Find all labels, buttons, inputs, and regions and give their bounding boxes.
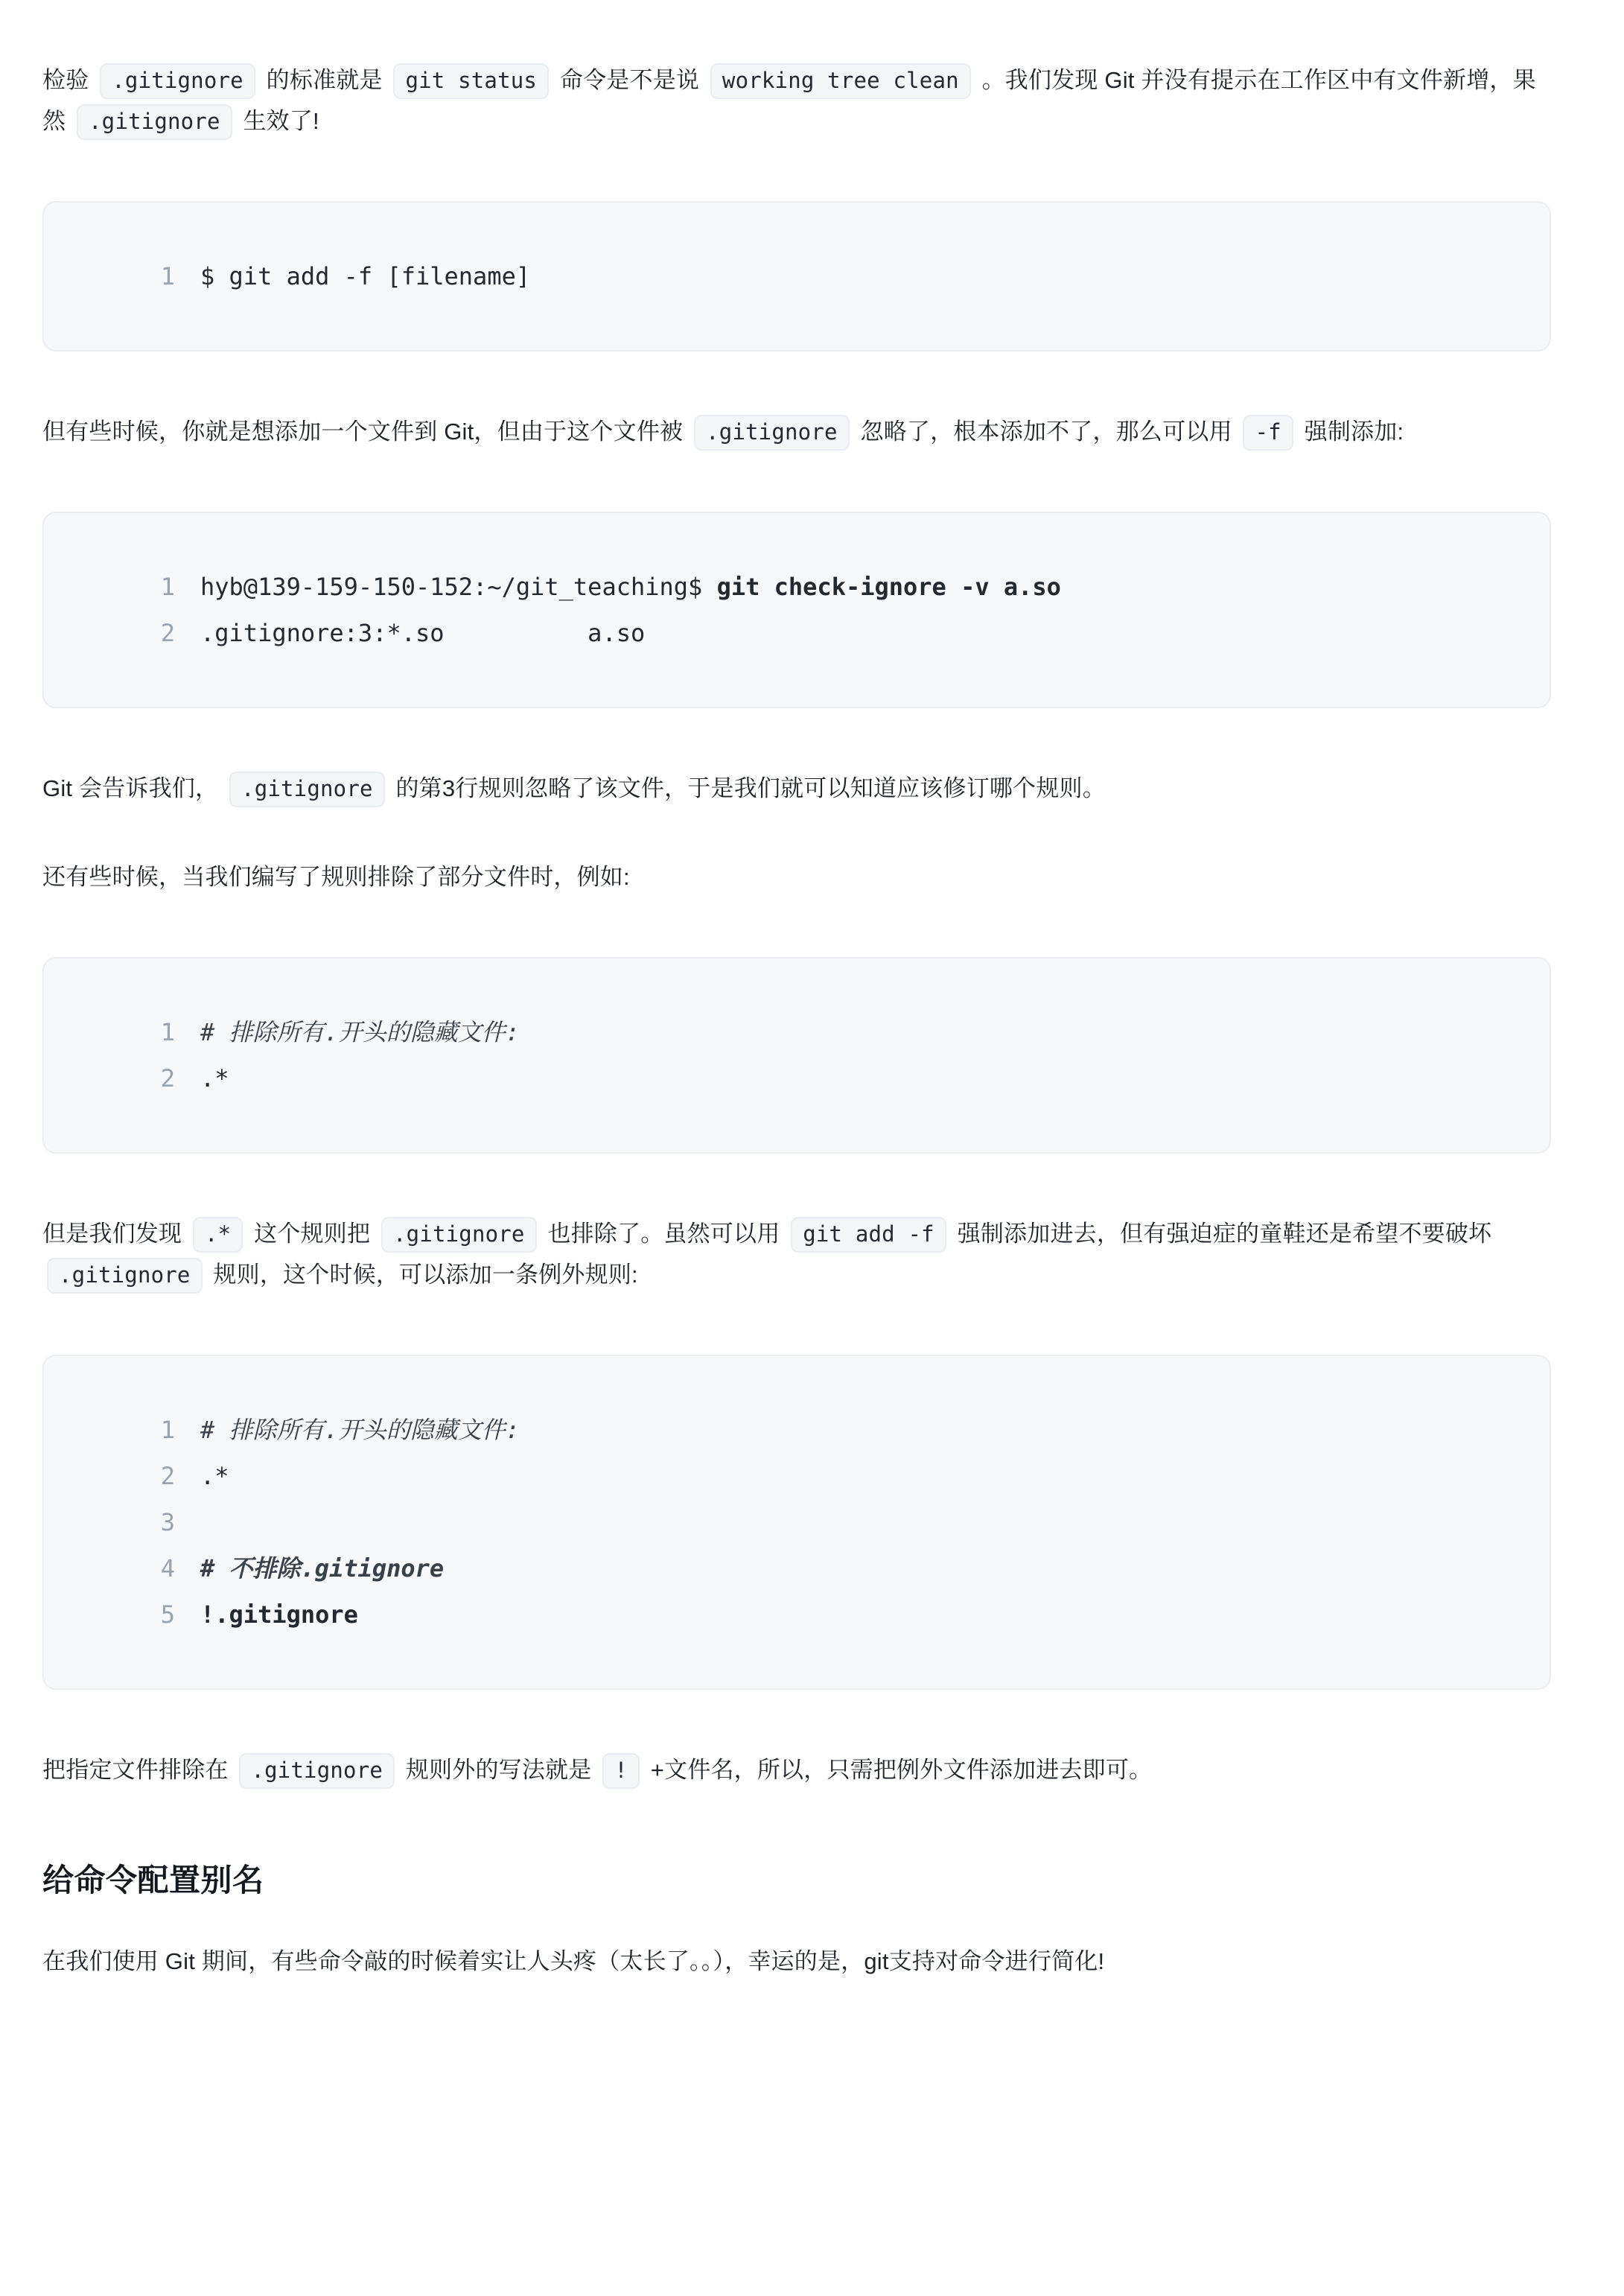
line-number: 5 xyxy=(44,1591,175,1638)
inline-code: .gitignore xyxy=(694,415,850,451)
code-text: # 排除所有.开头的隐藏文件: xyxy=(200,1018,520,1046)
code-text: # 不排除.gitignore xyxy=(200,1554,444,1583)
line-number: 4 xyxy=(44,1545,175,1591)
text-run: 把指定文件排除在 xyxy=(42,1757,235,1783)
code-line: 4# 不排除.gitignore xyxy=(44,1545,1520,1591)
line-number: 1 xyxy=(44,1009,175,1055)
code-text: .* xyxy=(200,1064,229,1093)
inline-code: working tree clean xyxy=(710,63,971,99)
line-number: 1 xyxy=(44,564,175,610)
code-line: 1hyb@139-159-150-152:~/git_teaching$ git… xyxy=(44,564,1520,610)
line-number: 2 xyxy=(44,610,175,656)
code-text: # 排除所有.开头的隐藏文件: xyxy=(200,1416,520,1444)
paragraph: Git 会告诉我们， .gitignore 的第3行规则忽略了该文件，于是我们就… xyxy=(42,768,1551,809)
text-run: +文件名，所以，只需把例外文件添加进去即可。 xyxy=(644,1757,1152,1783)
code-block: 1$ git add -f [filename] xyxy=(42,201,1551,352)
text-run: 这个规则把 xyxy=(247,1221,377,1247)
inline-code: git add -f xyxy=(791,1217,946,1253)
code-line: 5!.gitignore xyxy=(44,1591,1520,1638)
text-run: 也排除了。虽然可以用 xyxy=(541,1221,787,1247)
text-run: 的标准就是 xyxy=(260,67,389,93)
line-number: 2 xyxy=(44,1453,175,1499)
text-run: 还有些时候，当我们编写了规则排除了部分文件时，例如: xyxy=(42,864,630,890)
inline-code: .gitignore xyxy=(47,1258,203,1294)
inline-code: .* xyxy=(193,1217,243,1253)
text-run: 忽略了，根本添加不了，那么可以用 xyxy=(854,419,1239,445)
text-run: 强制添加进去，但有强迫症的童鞋还是希望不要破坏 xyxy=(951,1221,1491,1247)
text-run: 命令是不是说 xyxy=(553,67,706,93)
line-number: 1 xyxy=(44,1407,175,1453)
code-line: 1$ git add -f [filename] xyxy=(44,253,1520,299)
article-content: 检验 .gitignore 的标准就是 git status 命令是不是说 wo… xyxy=(0,0,1624,2119)
inline-code: ! xyxy=(602,1753,640,1789)
inline-code: .gitignore xyxy=(239,1753,395,1789)
line-number: 1 xyxy=(44,253,175,299)
paragraph: 但有些时候，你就是想添加一个文件到 Git，但由于这个文件被 .gitignor… xyxy=(42,411,1551,452)
inline-code: .gitignore xyxy=(381,1217,537,1253)
code-block: 1# 排除所有.开头的隐藏文件:2.*34# 不排除.gitignore5!.g… xyxy=(42,1355,1551,1690)
code-block: 1hyb@139-159-150-152:~/git_teaching$ git… xyxy=(42,512,1551,708)
code-text: .* xyxy=(200,1462,229,1490)
text-run: 在我们使用 Git 期间，有些命令敲的时候着实让人头疼（太长了。。），幸运的是，… xyxy=(42,1948,1104,1974)
text-run: 规则外的写法就是 xyxy=(399,1757,598,1783)
text-run: 但有些时候，你就是想添加一个文件到 Git，但由于这个文件被 xyxy=(42,419,690,445)
code-text: hyb@139-159-150-152:~/git_teaching$ git … xyxy=(200,573,1061,601)
inline-code: .gitignore xyxy=(229,772,385,807)
text-run: Git 会告诉我们， xyxy=(42,775,225,801)
code-block: 1# 排除所有.开头的隐藏文件:2.* xyxy=(42,957,1551,1154)
paragraph: 把指定文件排除在 .gitignore 规则外的写法就是 ! +文件名，所以，只… xyxy=(42,1749,1551,1790)
paragraph: 检验 .gitignore 的标准就是 git status 命令是不是说 wo… xyxy=(42,60,1551,141)
text-run: 强制添加: xyxy=(1298,419,1404,445)
code-text: .gitignore:3:*.so a.so xyxy=(200,619,645,647)
code-line: 2.* xyxy=(44,1453,1520,1499)
paragraph: 还有些时候，当我们编写了规则排除了部分文件时，例如: xyxy=(42,856,1551,897)
text-run: 但是我们发现 xyxy=(42,1221,188,1247)
inline-code: git status xyxy=(393,63,549,99)
text-run: 检验 xyxy=(42,67,95,93)
code-line: 1# 排除所有.开头的隐藏文件: xyxy=(44,1407,1520,1453)
line-number: 2 xyxy=(44,1055,175,1101)
code-line: 2.* xyxy=(44,1055,1520,1101)
text-run: 的第3行规则忽略了该文件，于是我们就可以知道应该修订哪个规则。 xyxy=(389,775,1106,801)
paragraph: 在我们使用 Git 期间，有些命令敲的时候着实让人头疼（太长了。。），幸运的是，… xyxy=(42,1941,1551,1982)
code-line: 2.gitignore:3:*.so a.so xyxy=(44,610,1520,656)
code-text: !.gitignore xyxy=(200,1600,358,1629)
text-run: 规则，这个时候，可以添加一条例外规则: xyxy=(207,1262,638,1288)
text-run: 生效了! xyxy=(237,108,319,134)
code-line: 3 xyxy=(44,1499,1520,1545)
code-text: $ git add -f [filename] xyxy=(200,262,530,290)
inline-code: -f xyxy=(1243,415,1293,451)
inline-code: .gitignore xyxy=(100,63,255,99)
code-line: 1# 排除所有.开头的隐藏文件: xyxy=(44,1009,1520,1055)
line-number: 3 xyxy=(44,1499,175,1545)
section-heading: 给命令配置别名 xyxy=(42,1856,1551,1901)
paragraph: 但是我们发现 .* 这个规则把 .gitignore 也排除了。虽然可以用 gi… xyxy=(42,1213,1551,1295)
inline-code: .gitignore xyxy=(77,104,232,140)
